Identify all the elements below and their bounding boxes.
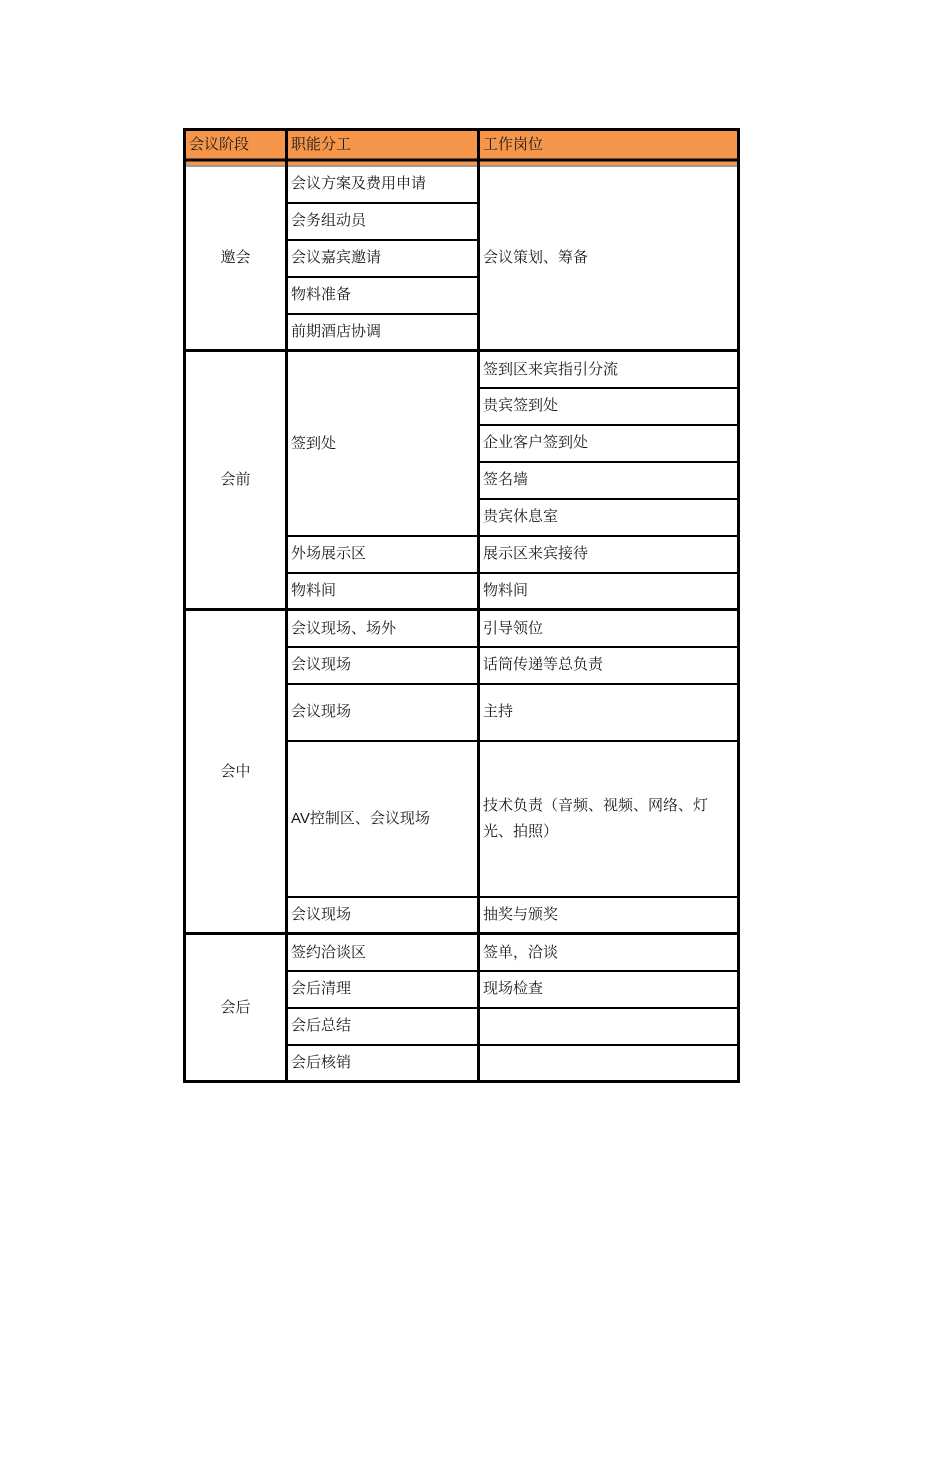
meeting-staffing-table: 会议阶段 职能分工 工作岗位 邀会 会议方案及费用申请 会议策划、筹备 会务组动… (183, 128, 740, 1083)
duty-cell: 会议现场、场外 (287, 610, 479, 647)
duty-cell: 会议嘉宾邀请 (287, 240, 479, 277)
post-cell: 展示区来宾接待 (479, 536, 739, 573)
duty-cell: AV控制区、会议现场 (287, 741, 479, 897)
post-cell-empty (479, 1045, 739, 1082)
stage-cell-during: 会中 (185, 610, 287, 934)
duty-cell: 会后总结 (287, 1008, 479, 1045)
col-header-post: 工作岗位 (479, 130, 739, 166)
post-cell: 主持 (479, 684, 739, 741)
post-cell: 贵宾签到处 (479, 388, 739, 425)
stage-cell-before: 会前 (185, 351, 287, 610)
col-header-stage: 会议阶段 (185, 130, 287, 166)
table-row: 会中 会议现场、场外 引导领位 (185, 610, 739, 647)
table-row: 邀会 会议方案及费用申请 会议策划、筹备 (185, 166, 739, 203)
stage-cell-after: 会后 (185, 934, 287, 1082)
table-header-row: 会议阶段 职能分工 工作岗位 (185, 130, 739, 166)
col-header-duty: 职能分工 (287, 130, 479, 166)
duty-cell: 会后核销 (287, 1045, 479, 1082)
duty-cell: 会议方案及费用申请 (287, 166, 479, 203)
post-cell: 技术负责（音频、视频、网络、灯光、拍照） (479, 741, 739, 897)
post-cell: 企业客户签到处 (479, 425, 739, 462)
duty-cell: 会议现场 (287, 684, 479, 741)
post-cell: 话筒传递等总负责 (479, 647, 739, 684)
post-cell: 现场检查 (479, 971, 739, 1008)
post-cell: 签到区来宾指引分流 (479, 351, 739, 388)
table-row: 会后 签约洽谈区 签单，洽谈 (185, 934, 739, 971)
post-cell-merged: 会议策划、筹备 (479, 166, 739, 351)
duty-cell: 外场展示区 (287, 536, 479, 573)
stage-cell-invite: 邀会 (185, 166, 287, 351)
duty-cell: 会后清理 (287, 971, 479, 1008)
post-cell-empty (479, 1008, 739, 1045)
duty-cell: 会议现场 (287, 647, 479, 684)
document-page: 会议阶段 职能分工 工作岗位 邀会 会议方案及费用申请 会议策划、筹备 会务组动… (0, 128, 950, 1083)
duty-cell-merged: 签到处 (287, 351, 479, 536)
duty-cell: 前期酒店协调 (287, 314, 479, 351)
post-cell: 抽奖与颁奖 (479, 897, 739, 934)
duty-cell: 物料间 (287, 573, 479, 610)
duty-cell: 会务组动员 (287, 203, 479, 240)
post-cell: 物料间 (479, 573, 739, 610)
duty-cell: 会议现场 (287, 897, 479, 934)
table-row: 会前 签到处 签到区来宾指引分流 (185, 351, 739, 388)
duty-cell: 物料准备 (287, 277, 479, 314)
post-cell: 引导领位 (479, 610, 739, 647)
post-cell: 贵宾休息室 (479, 499, 739, 536)
post-cell: 签单，洽谈 (479, 934, 739, 971)
post-cell: 签名墙 (479, 462, 739, 499)
duty-cell: 签约洽谈区 (287, 934, 479, 971)
